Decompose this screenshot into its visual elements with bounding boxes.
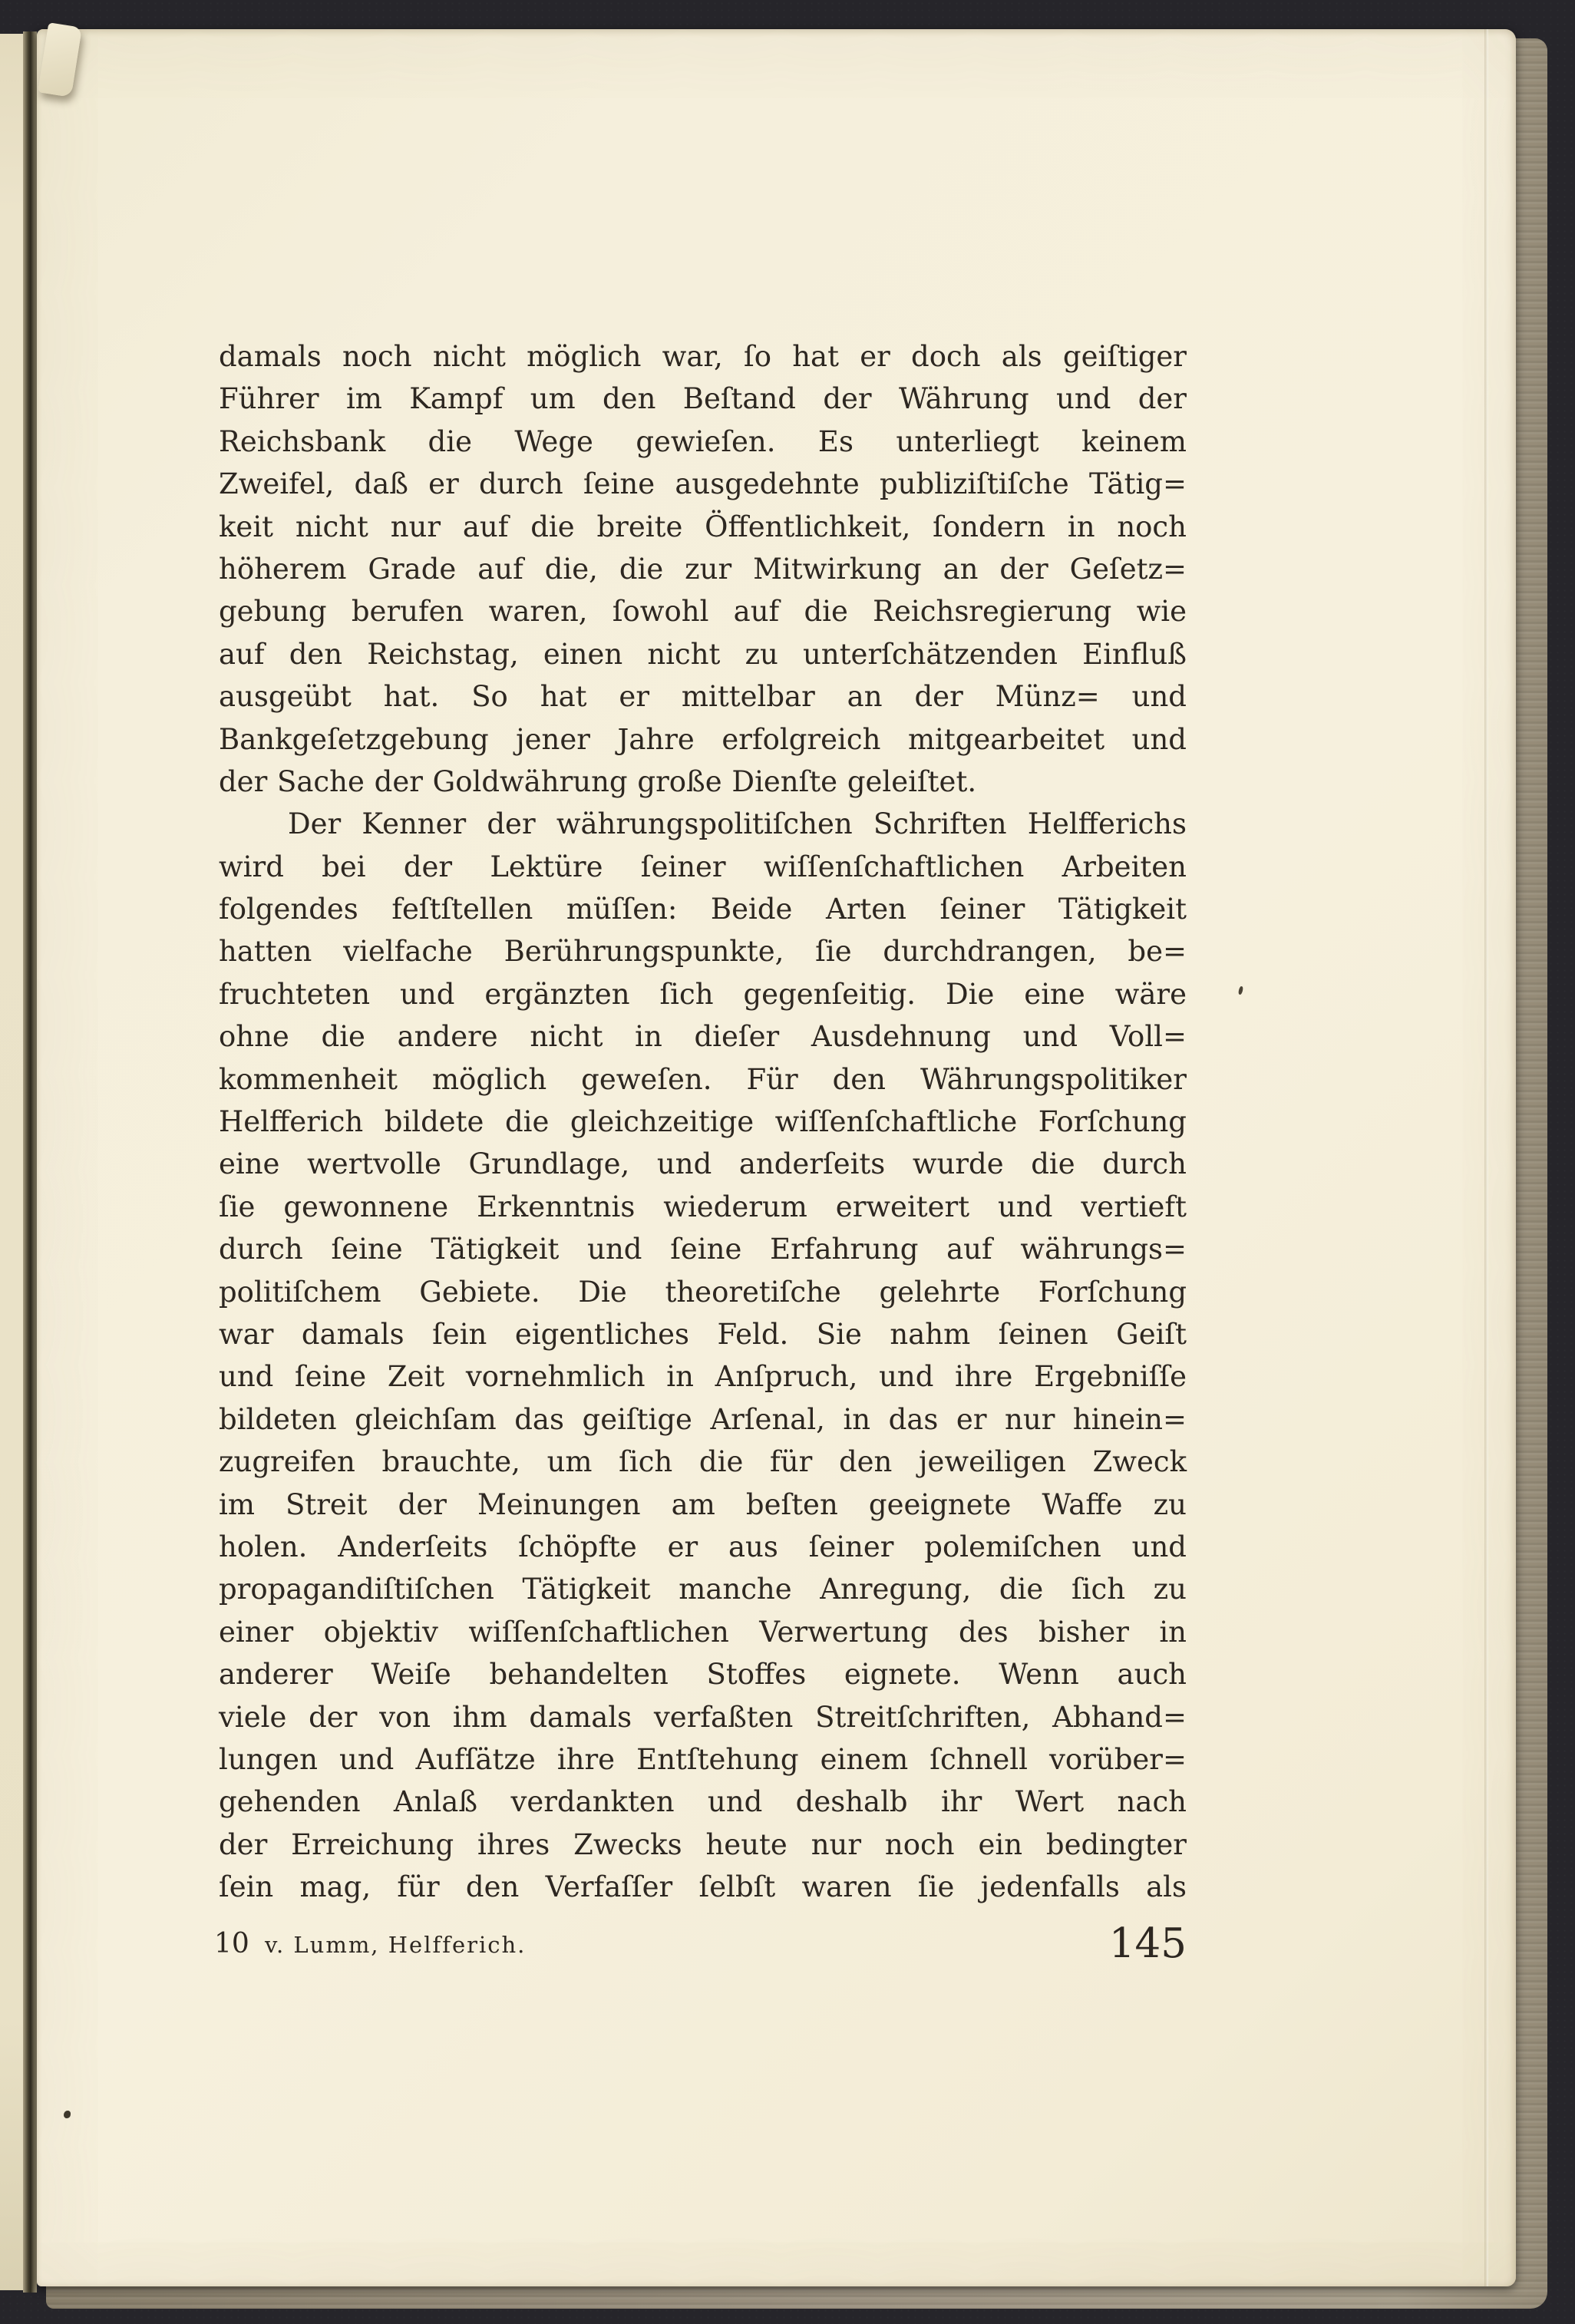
text-line: auf den Reichstag, einen nicht zu unterſ… — [219, 633, 1187, 675]
text-line: ausgeübt hat. So hat er mittelbar an der… — [219, 675, 1187, 718]
ink-speck — [1238, 986, 1244, 995]
text-line: und ſeine Zeit vornehmlich in Anſpruch, … — [219, 1355, 1187, 1398]
text-line: propagandiſtiſchen Tätigkeit manche Anre… — [219, 1568, 1187, 1610]
paper-tear — [38, 22, 82, 97]
text-line: hatten vielfache Berührungspunkte, ſie d… — [219, 930, 1187, 972]
text-line: fruchteten und ergänzten ſich gegenſeiti… — [219, 973, 1187, 1015]
text-line: bildeten gleichſam das geiſtige Arſenal,… — [219, 1398, 1187, 1441]
page-crease — [1484, 29, 1488, 2286]
text-line: eine wertvolle Grundlage, und anderſeits… — [219, 1143, 1187, 1185]
signature-title: v. Lumm, Helfferich. — [265, 1932, 526, 1958]
text-line: Führer im Kampf um den Beſtand der Währu… — [219, 378, 1187, 420]
book-page: damals noch nicht möglich war, ſo hat er… — [37, 29, 1516, 2286]
body-text: damals noch nicht möglich war, ſo hat er… — [219, 335, 1187, 1908]
text-line: im Streit der Meinungen am beſten geeign… — [219, 1484, 1187, 1526]
text-line: der Erreichung ihres Zwecks heute nur no… — [219, 1824, 1187, 1866]
text-line: holen. Anderſeits ſchöpfte er aus ſeiner… — [219, 1526, 1187, 1568]
text-line: lungen und Aufſätze ihre Entſtehung eine… — [219, 1738, 1187, 1781]
text-line: ſein mag, für den Verfaſſer ſelbſt waren… — [219, 1866, 1187, 1908]
scanned-book-page: damals noch nicht möglich war, ſo hat er… — [0, 0, 1575, 2324]
ink-speck — [64, 2111, 71, 2118]
text-line: keit nicht nur auf die breite Öffentlich… — [219, 506, 1187, 548]
text-line: der Sache der Goldwährung große Dienſte … — [219, 761, 1187, 803]
text-line: gebung berufen waren, ſowohl auf die Rei… — [219, 590, 1187, 632]
page-footer: 10 v. Lumm, Helfferich. 145 — [219, 1919, 1187, 1972]
text-line: ſie gewonnene Erkenntnis wiederum erweit… — [219, 1186, 1187, 1228]
text-line: durch ſeine Tätigkeit und ſeine Erfahrun… — [219, 1228, 1187, 1270]
text-line: politiſchem Gebiete. Die theoretiſche ge… — [219, 1271, 1187, 1313]
text-line: war damals ſein eigentliches Feld. Sie n… — [219, 1313, 1187, 1355]
text-line: folgendes feſtſtellen müſſen: Beide Arte… — [219, 888, 1187, 930]
text-line: Zweifel, daß er durch ſeine ausgedehnte … — [219, 463, 1187, 505]
text-line: kommenheit möglich geweſen. Für den Währ… — [219, 1058, 1187, 1101]
text-line: Reichsbank die Wege gewieſen. Es unterli… — [219, 421, 1187, 463]
gutter-shadow — [23, 31, 37, 2293]
text-line: höherem Grade auf die, die zur Mitwirkun… — [219, 548, 1187, 590]
text-line: viele der von ihm damals verfaßten Strei… — [219, 1696, 1187, 1738]
text-line: damals noch nicht möglich war, ſo hat er… — [219, 335, 1187, 378]
text-line: Helfferich bildete die gleichzeitige wiſ… — [219, 1101, 1187, 1143]
text-line: einer objektiv wiſſenſchaftlichen Verwer… — [219, 1611, 1187, 1653]
text-line: Bankgeſetzgebung jener Jahre erfolgreich… — [219, 718, 1187, 761]
text-line: Der Kenner der währungspolitiſchen Schri… — [219, 803, 1187, 845]
page-number: 145 — [1109, 1920, 1187, 1967]
text-line: ohne die andere nicht in dieſer Ausdehnu… — [219, 1015, 1187, 1058]
text-line: anderer Weiſe behandelten Stoffes eignet… — [219, 1653, 1187, 1695]
signature-number: 10 — [214, 1928, 249, 1959]
text-line: wird bei der Lektüre ſeiner wiſſenſchaft… — [219, 846, 1187, 888]
text-line: gehenden Anlaß verdankten und deshalb ih… — [219, 1781, 1187, 1823]
text-line: zugreifen brauchte, um ſich die für den … — [219, 1441, 1187, 1483]
adjacent-page-edge — [0, 34, 23, 2290]
